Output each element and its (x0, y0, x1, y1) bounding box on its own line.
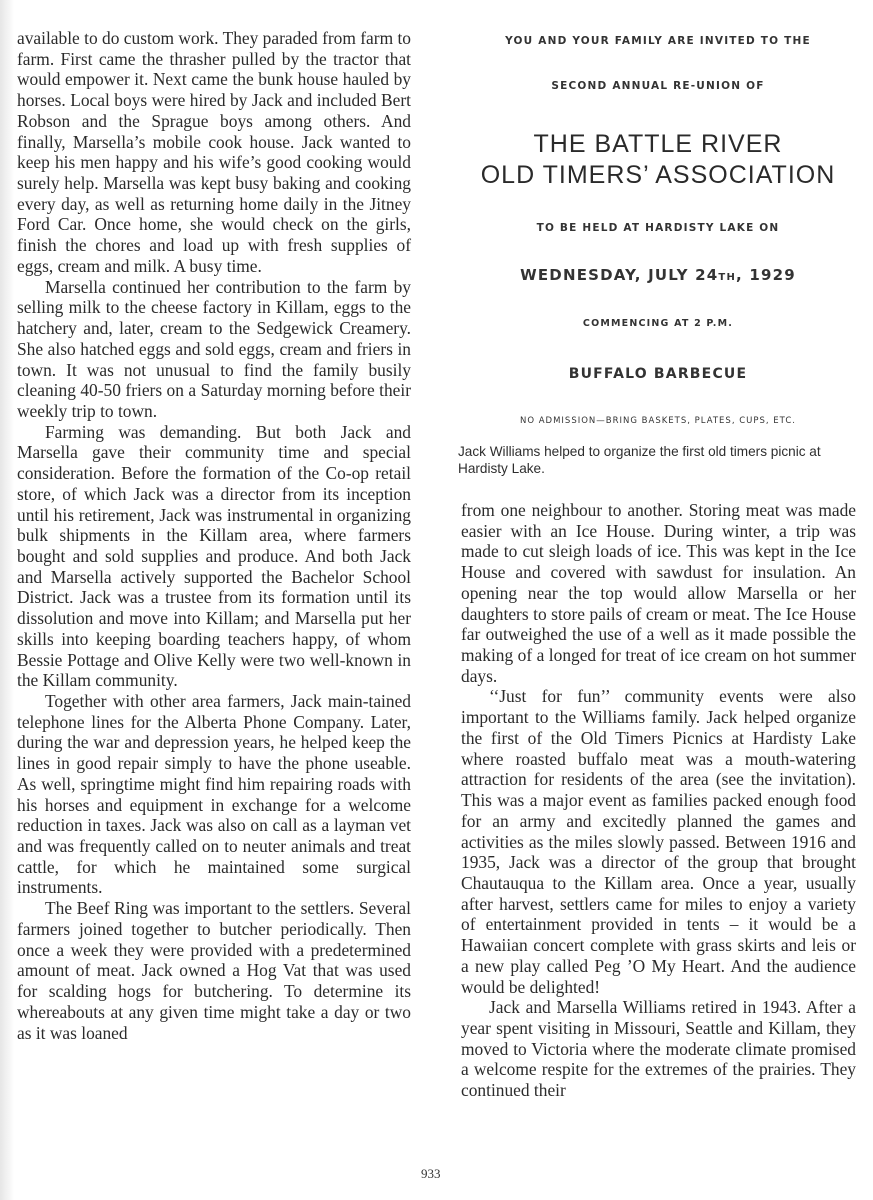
right-text-column: from one neighbour to another. Storing m… (461, 500, 856, 1101)
page-number: 933 (421, 1166, 441, 1182)
invitation-footer: NO ADMISSION—BRING BASKETS, PLATES, CUPS… (448, 416, 868, 426)
invitation-title: THE BATTLE RIVER (448, 130, 868, 159)
invitation-event: BUFFALO BARBECUE (448, 366, 868, 382)
invitation-title: OLD TIMERS’ ASSOCIATION (448, 161, 868, 190)
paragraph: Marsella continued her contribution to t… (17, 277, 411, 422)
paragraph: available to do custom work. They parade… (17, 28, 411, 277)
invitation-date-main: WEDNESDAY, JULY 24 (520, 266, 718, 284)
paragraph: from one neighbour to another. Storing m… (461, 500, 856, 686)
page-gutter-shadow (0, 0, 14, 1200)
invitation-date-suffix: TH (718, 272, 736, 283)
paragraph: ‘‘Just for fun’’ community events were a… (461, 686, 856, 997)
invitation-line: COMMENCING AT 2 P.M. (448, 318, 868, 329)
paragraph: Together with other area farmers, Jack m… (17, 691, 411, 898)
left-text-column: available to do custom work. They parade… (17, 28, 411, 1043)
figure-caption: Jack Williams helped to organize the fir… (458, 443, 863, 477)
invitation-date: WEDNESDAY, JULY 24TH, 1929 (448, 266, 868, 284)
paragraph: Farming was demanding. But both Jack and… (17, 422, 411, 691)
invitation-line: YOU AND YOUR FAMILY ARE INVITED TO THE (448, 35, 868, 47)
paragraph: The Beef Ring was important to the settl… (17, 898, 411, 1043)
paragraph: Jack and Marsella Williams retired in 19… (461, 997, 856, 1101)
invitation-date-year: , 1929 (736, 266, 796, 284)
invitation-line: TO BE HELD AT HARDISTY LAKE ON (448, 222, 868, 234)
invitation-line: SECOND ANNUAL RE-UNION OF (448, 80, 868, 92)
